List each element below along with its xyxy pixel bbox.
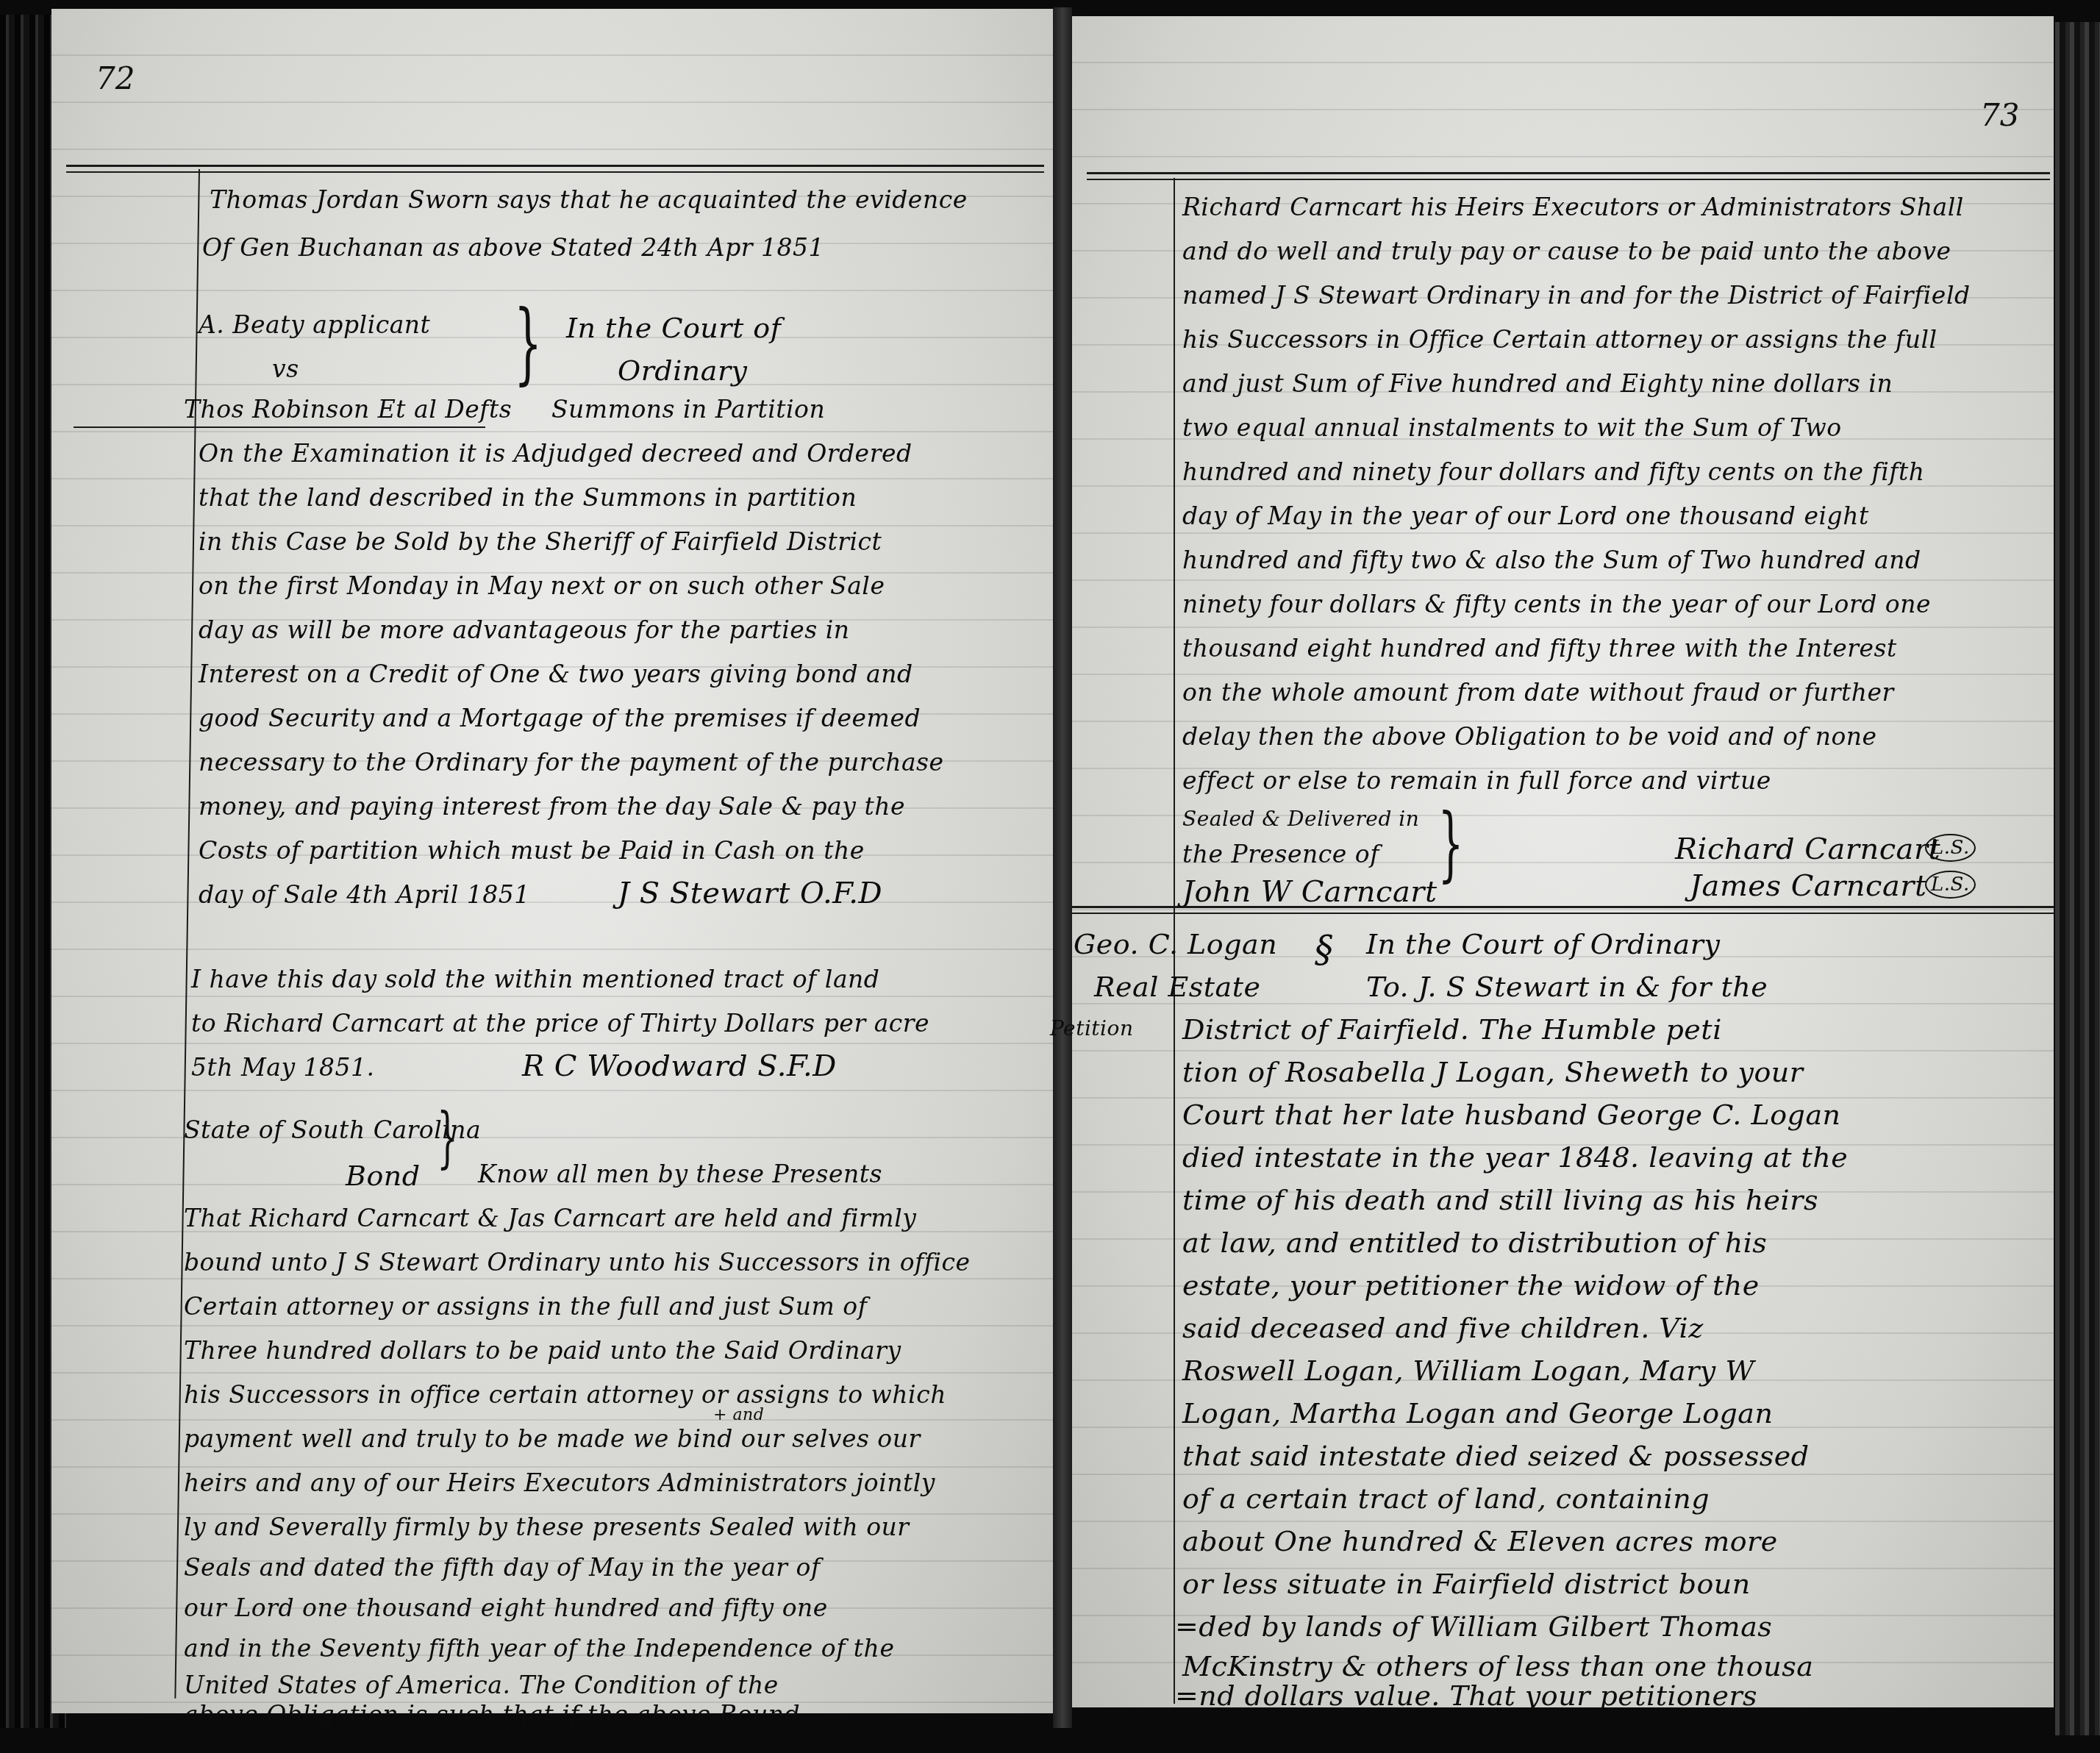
petition-line: =ded by lands of William Gilbert Thomas: [1175, 1610, 1772, 1643]
bond-cont-line: effect or else to remain in full force a…: [1182, 766, 1771, 795]
petition-line: McKinstry & others of less than one thou…: [1182, 1650, 1813, 1682]
court-name: In the Court of: [566, 312, 781, 344]
petition-line: said deceased and five children. Viz: [1182, 1312, 1704, 1344]
petition-line: =nd dollars value. That your petitioners: [1175, 1679, 1757, 1712]
caption-underline: [74, 426, 485, 428]
right-page: 73 Richard Carncart his Heirs Executors …: [1072, 16, 2054, 1707]
bond-line: and in the Seventy fifth year of the Ind…: [184, 1634, 894, 1663]
order-line: in this Case be Sold by the Sheriff of F…: [199, 527, 882, 556]
bond-cont-line: on the whole amount from date without fr…: [1182, 678, 1894, 707]
page-number-left: 72: [96, 60, 135, 96]
seal-icon: L.S.: [1925, 871, 1976, 899]
order-line: day of Sale 4th April 1851: [199, 880, 530, 909]
bond-line: Seals and dated the fifth day of May in …: [184, 1553, 821, 1582]
return-line: 5th May 1851.: [191, 1053, 375, 1082]
bond-cont-line: two equal annual instalments to wit the …: [1182, 413, 1842, 442]
book-binding-right: [2055, 22, 2100, 1735]
book-gutter: [1053, 7, 1072, 1728]
ordinary-signature: J S Stewart O.F.D: [618, 876, 882, 910]
petition-line: Roswell Logan, William Logan, Mary W: [1182, 1354, 1754, 1387]
order-line: necessary to the Ordinary for the paymen…: [199, 748, 944, 776]
petition-line: In the Court of Ordinary: [1366, 928, 1720, 960]
bond-line: his Successors in office certain attorne…: [184, 1380, 946, 1409]
brace-icon: }: [437, 1104, 458, 1171]
petition-line: tion of Rosabella J Logan, Sheweth to yo…: [1182, 1056, 1803, 1088]
petition-line: that said intestate died seized & posses…: [1182, 1440, 1809, 1472]
petition-line: died intestate in the year 1848. leaving…: [1182, 1141, 1848, 1174]
petition-line: of a certain tract of land, containing: [1182, 1482, 1710, 1515]
obligor-signature: James Carncart: [1690, 869, 1927, 903]
return-line: I have this day sold the within mentione…: [191, 965, 879, 993]
petition-line: estate, your petitioner the widow of the: [1182, 1269, 1760, 1302]
order-line: Interest on a Credit of One & two years …: [199, 660, 913, 688]
bond-line: Three hundred dollars to be paid unto th…: [184, 1336, 901, 1365]
brace-icon: §: [1315, 928, 1334, 971]
bond-line: United States of America. The Condition …: [184, 1671, 779, 1699]
testimony-line: Of Gen Buchanan as above Stated 24th Apr…: [202, 233, 824, 262]
interlinear-insertion: + and: [713, 1406, 764, 1424]
bond-cont-line: named J S Stewart Ordinary in and for th…: [1182, 281, 1971, 310]
seal-icon: L.S.: [1925, 834, 1976, 862]
bond-line: Know all men by these Presents: [478, 1160, 882, 1188]
sheriff-signature: R C Woodward S.F.D: [522, 1049, 837, 1083]
page-number-right: 73: [1980, 97, 2019, 133]
bond-line: Certain attorney or assigns in the full …: [184, 1292, 867, 1321]
attestation-line: the Presence of: [1182, 840, 1379, 868]
bond-cont-line: and do well and truly pay or cause to be…: [1182, 237, 1951, 265]
witness-signature: John W Carncart: [1182, 875, 1437, 909]
versus: vs: [272, 354, 299, 383]
order-line: Costs of partition which must be Paid in…: [199, 836, 865, 865]
petition-line: at law, and entitled to distribution of …: [1182, 1227, 1767, 1259]
court-name: Ordinary: [618, 354, 748, 387]
bond-cont-line: hundred and ninety four dollars and fift…: [1182, 457, 1924, 486]
bond-cont-line: ninety four dollars & fifty cents in the…: [1182, 590, 1931, 618]
petition-line: Court that her late husband George C. Lo…: [1182, 1099, 1841, 1131]
margin-note: Geo. C. Logan: [1074, 928, 1277, 960]
petition-line: about One hundred & Eleven acres more: [1182, 1525, 1778, 1557]
order-line: money, and paying interest from the day …: [199, 792, 905, 821]
header-rule: [66, 165, 1044, 167]
brace-icon: }: [1438, 803, 1464, 884]
bond-cont-line: delay then the above Obligation to be vo…: [1182, 722, 1877, 751]
return-line: to Richard Carncart at the price of Thir…: [191, 1009, 929, 1038]
bond-line: That Richard Carncart & Jas Carncart are…: [184, 1204, 916, 1232]
order-line: on the first Monday in May next or on su…: [199, 571, 885, 600]
petition-line: District of Fairfield. The Humble peti: [1182, 1013, 1722, 1046]
bond-cont-line: and just Sum of Five hundred and Eighty …: [1182, 369, 1893, 398]
petition-line: Logan, Martha Logan and George Logan: [1182, 1397, 1773, 1429]
brace-icon: }: [514, 299, 542, 388]
bond-line: above Obligation is such that if the abo…: [184, 1700, 800, 1729]
bond-cont-line: hundred and fifty two & also the Sum of …: [1182, 546, 1921, 574]
left-page: 72 Thomas Jordan Sworn says that he acqu…: [51, 9, 1053, 1713]
defendants: Thos Robinson Et al Defts: [184, 395, 512, 424]
bond-line: bound unto J S Stewart Ordinary unto his…: [184, 1248, 971, 1277]
petition-line: time of his death and still living as hi…: [1182, 1184, 1818, 1216]
testimony-line: Thomas Jordan Sworn says that he acquain…: [210, 185, 968, 214]
margin-note: Petition: [1050, 1016, 1133, 1040]
bond-line: ly and Severally firmly by these present…: [184, 1513, 910, 1541]
bond-label: Bond: [346, 1160, 421, 1192]
order-line: day as will be more advantageous for the…: [199, 615, 850, 644]
order-line: good Security and a Mortgage of the prem…: [199, 704, 921, 732]
order-line: that the land described in the Summons i…: [199, 483, 857, 512]
petition-line: To. J. S Stewart in & for the: [1366, 971, 1768, 1003]
bond-line: our Lord one thousand eight hundred and …: [184, 1593, 828, 1622]
attestation-line: Sealed & Delivered in: [1182, 807, 1419, 831]
petition-line: or less situate in Fairfield district bo…: [1182, 1568, 1751, 1600]
order-line: On the Examination it is Adjudged decree…: [199, 439, 913, 468]
bond-cont-line: day of May in the year of our Lord one t…: [1182, 501, 1869, 530]
bond-cont-line: his Successors in Office Certain attorne…: [1182, 325, 1938, 354]
case-subject: Summons in Partition: [551, 395, 825, 424]
bond-cont-line: thousand eight hundred and fifty three w…: [1182, 634, 1897, 663]
obligor-signature: Richard Carncart: [1675, 832, 1940, 866]
bond-line: payment well and truly to be made we bin…: [184, 1424, 921, 1453]
applicant: A. Beaty applicant: [199, 310, 430, 339]
header-rule: [1087, 172, 2050, 174]
bond-cont-line: Richard Carncart his Heirs Executors or …: [1182, 193, 1964, 221]
bond-line: heirs and any of our Heirs Executors Adm…: [184, 1468, 935, 1497]
margin-note: Real Estate: [1094, 971, 1260, 1003]
